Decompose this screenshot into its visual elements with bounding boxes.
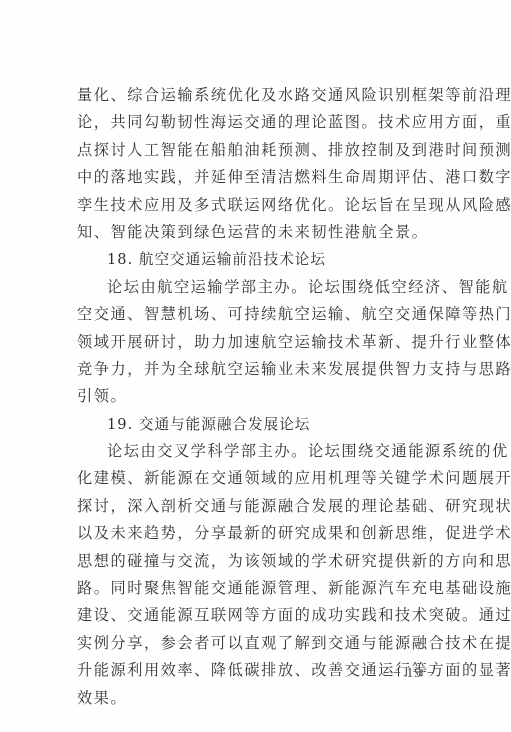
continuation-paragraph: 量化、综合运输系统优化及水路交通风险识别框架等前沿理 论，共同勾勒韧性海运交通的… [77,82,433,246]
paragraph-line: 知、智能决策到绿色运营的未来韧性港航全景。 [77,219,433,246]
document-page: 量化、综合运输系统优化及水路交通风险识别框架等前沿理 论，共同勾勒韧性海运交通的… [0,0,511,732]
paragraph-line: 量化、综合运输系统优化及水路交通风险识别框架等前沿理 [77,82,433,109]
section-heading-18: 18. 航空交通运输前沿技术论坛 [77,246,433,273]
paragraph-line: 领域开展研讨，助力加速航空运输技术革新、提升行业整体 [77,329,433,356]
paragraph-line: 孪生技术应用及多式联运网络优化。论坛旨在呈现从风险感 [77,192,433,219]
paragraph-line: 空交通、智慧机场、可持续航空运输、航空交通保障等热门 [77,301,433,328]
page-content: 量化、综合运输系统优化及水路交通风险识别框架等前沿理 论，共同勾勒韧性海运交通的… [77,82,433,712]
paragraph-line: 升能源利用效率、降低碳排放、改善交通运行等方面的显著 [77,657,433,684]
paragraph-line: 以及未来趋势，分享最新的研究成果和创新思维，促进学术 [77,520,433,547]
paragraph-line: 中的落地实践，并延伸至清洁燃料生命周期评估、港口数字 [77,164,433,191]
paragraph-line: 路。同时聚焦智能交通能源管理、新能源汽车充电基础设施 [77,575,433,602]
paragraph-line: 探讨，深入剖析交通与能源融合发展的理论基础、研究现状 [77,493,433,520]
section-18-paragraph: 论坛由航空运输学部主办。论坛围绕低空经济、智能航 空交通、智慧机场、可持续航空运… [77,274,433,411]
paragraph-line: 引领。 [77,383,433,410]
paragraph-line: 化建模、新能源在交通领域的应用机理等关键学术问题展开 [77,465,433,492]
page-number: − 19 − [393,666,436,682]
paragraph-line: 论，共同勾勒韧性海运交通的理论蓝图。技术应用方面，重 [77,109,433,136]
paragraph-line: 论坛由交叉学科学部主办。论坛围绕交通能源系统的优 [77,438,433,465]
paragraph-line: 实例分享，参会者可以直观了解到交通与能源融合技术在提 [77,630,433,657]
paragraph-line: 思想的碰撞与交流，为该领域的学术研究提供新的方向和思 [77,548,433,575]
paragraph-line: 竞争力，并为全球航空运输业未来发展提供智力支持与思路 [77,356,433,383]
paragraph-line: 建设、交通能源互联网等方面的成功实践和技术突破。通过 [77,602,433,629]
section-19-paragraph: 论坛由交叉学科学部主办。论坛围绕交通能源系统的优 化建模、新能源在交通领域的应用… [77,438,433,712]
paragraph-line: 点探讨人工智能在船舶油耗预测、排放控制及到港时间预测 [77,137,433,164]
section-heading-19: 19. 交通与能源融合发展论坛 [77,411,433,438]
paragraph-line: 效果。 [77,685,433,712]
paragraph-line: 论坛由航空运输学部主办。论坛围绕低空经济、智能航 [77,274,433,301]
